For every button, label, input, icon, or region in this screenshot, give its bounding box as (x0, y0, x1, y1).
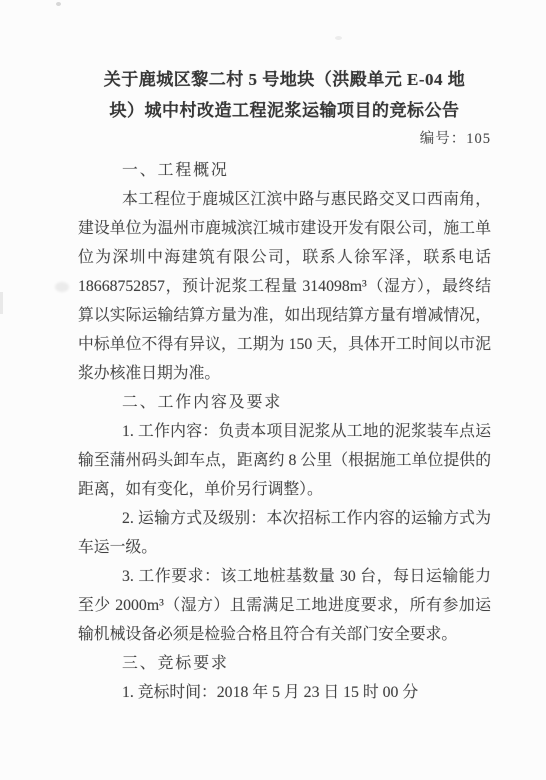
document-number: 编号：105 (78, 126, 491, 152)
document-number-label: 编号： (420, 131, 467, 147)
scanned-document-page: 关于鹿城区黎二村 5 号地块（洪殿单元 E-04 地块）城中村改造工程泥浆运输项… (0, 0, 546, 780)
document-title: 关于鹿城区黎二村 5 号地块（洪殿单元 E-04 地块）城中村改造工程泥浆运输项… (98, 64, 472, 126)
document-body: 一、工程概况 本工程位于鹿城区江滨中路与惠民路交叉口西南角，建设单位为温州市鹿城… (78, 156, 491, 707)
scan-artifact (56, 2, 61, 6)
paragraph-work-content: 1. 工作内容：负责本项目泥浆从工地的泥浆装车点运输至蒲州码头卸车点，距离约 8… (78, 417, 491, 504)
scan-artifact (55, 282, 69, 292)
section-heading-work-content: 二、工作内容及要求 (78, 388, 491, 417)
scan-artifact (0, 292, 3, 314)
section-heading-project-overview: 一、工程概况 (78, 156, 491, 185)
document-content: 关于鹿城区黎二村 5 号地块（洪殿单元 E-04 地块）城中村改造工程泥浆运输项… (78, 64, 491, 707)
paragraph-bidding-time: 1. 竞标时间：2018 年 5 月 23 日 15 时 00 分 (78, 678, 491, 707)
paragraph-transport-mode: 2. 运输方式及级别：本次招标工作内容的运输方式为车运一级。 (78, 504, 491, 562)
section-heading-bidding-requirements: 三、竞标要求 (78, 649, 491, 678)
paragraph-work-requirements: 3. 工作要求：该工地桩基数量 30 台，每日运输能力至少 2000m³（湿方）… (78, 562, 491, 649)
paragraph-project-overview: 本工程位于鹿城区江滨中路与惠民路交叉口西南角，建设单位为温州市鹿城滨江城市建设开… (78, 185, 491, 388)
document-number-value: 105 (466, 131, 491, 147)
scan-artifact (335, 36, 342, 40)
